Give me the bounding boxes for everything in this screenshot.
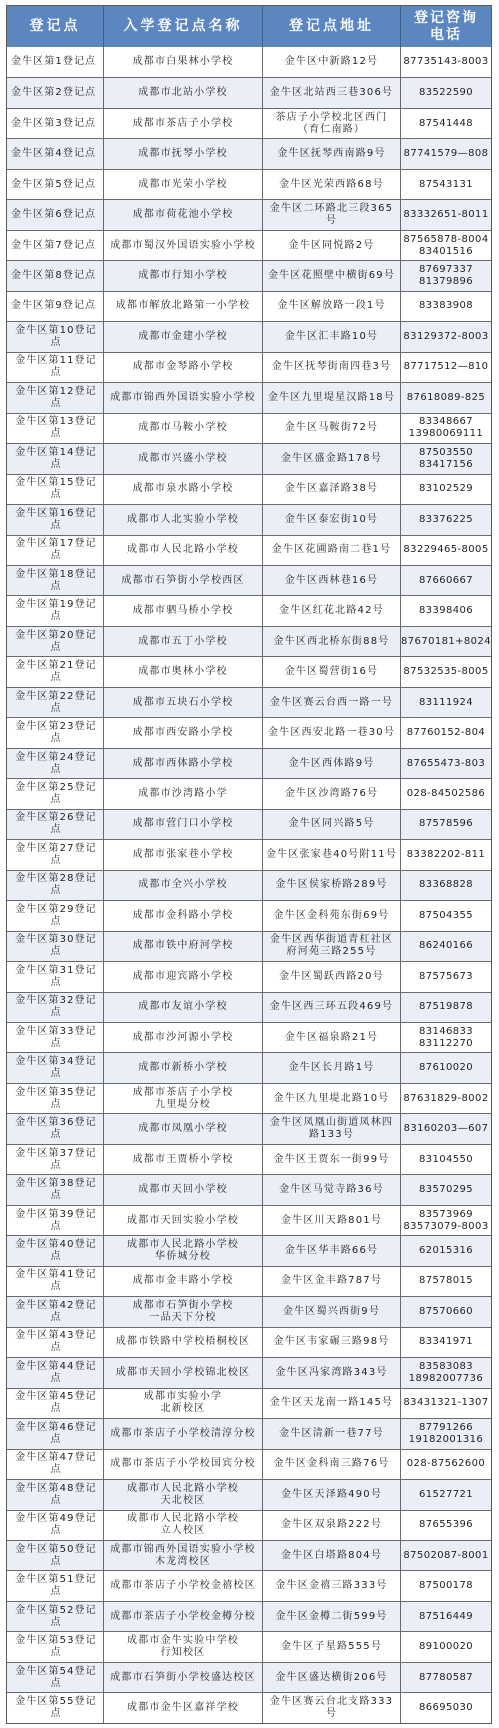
- registration-point-cell: 金牛区第23登记点: [7, 718, 103, 747]
- registration-point-cell: 金牛区第55登记点: [7, 1693, 103, 1722]
- address-cell: 金牛区西林巷16号: [262, 566, 400, 595]
- registration-point-cell: 金牛区第15登记点: [7, 475, 103, 504]
- registration-point-cell: 金牛区第13登记点: [7, 414, 103, 443]
- registration-point-cell: 金牛区第2登记点: [7, 78, 103, 107]
- registration-point-cell: 金牛区第12登记点: [7, 383, 103, 412]
- address-cell: 金牛区川天路801号: [262, 1206, 400, 1235]
- phone-cell: 87502087-8001: [400, 1541, 491, 1570]
- school-name-cell: 成都市蜀汉外国语实验小学校: [103, 231, 262, 260]
- table-row: 金牛区第36登记点 成都市凤凰小学校 金牛区凤凰山街道凤林四 路133号 831…: [7, 1113, 491, 1143]
- school-name-cell: 成都市全兴小学校: [103, 871, 262, 900]
- registration-point-cell: 金牛区第35登记点: [7, 1084, 103, 1113]
- registration-point-cell: 金牛区第8登记点: [7, 261, 103, 290]
- registration-point-cell: 金牛区第40登记点: [7, 1236, 103, 1265]
- registration-point-cell: 金牛区第18登记点: [7, 566, 103, 595]
- phone-cell: 83398406: [400, 596, 491, 625]
- table-row: 金牛区第37登记点 成都市王贾桥小学校 金牛区王贾东一街99号 83104550: [7, 1144, 491, 1174]
- registration-point-cell: 金牛区第28登记点: [7, 871, 103, 900]
- address-cell: 金牛区金科苑东街69号: [262, 901, 400, 930]
- table-row: 金牛区第35登记点 成都市茶店子小学校 九里堤分校 金牛区九里堤北路10号 87…: [7, 1083, 491, 1113]
- address-cell: 金牛区同悦路2号: [262, 231, 400, 260]
- school-name-cell: 成都市驷马桥小学校: [103, 596, 262, 625]
- school-name-cell: 成都市茶店子小学校金樽分校: [103, 1602, 262, 1631]
- school-name-cell: 成都市金琴路小学校: [103, 353, 262, 382]
- registration-point-cell: 金牛区第29登记点: [7, 901, 103, 930]
- registration-point-cell: 金牛区第36登记点: [7, 1114, 103, 1143]
- address-cell: 金牛区红花北路42号: [262, 596, 400, 625]
- registration-point-cell: 金牛区第33登记点: [7, 1023, 103, 1052]
- address-cell: 金牛区花圃路南二巷1号: [262, 536, 400, 565]
- address-cell: 金牛区马觉寺路36号: [262, 1175, 400, 1204]
- school-name-cell: 成都市沙河源小学校: [103, 1023, 262, 1052]
- table-row: 金牛区第25登记点 成都市沙湾路小学 金牛区沙湾路76号 028-8450258…: [7, 778, 491, 808]
- table-row: 金牛区第49登记点 成都市人民北路小学校 立人校区 金牛区双泉路222号 876…: [7, 1510, 491, 1540]
- school-name-cell: 成都市人民北路小学校 华侨城分校: [103, 1236, 262, 1265]
- school-name-cell: 成都市天回实验小学校: [103, 1206, 262, 1235]
- table-row: 金牛区第3登记点 成都市茶店子小学校 茶店子小学校北区西门 （育仁南路） 875…: [7, 108, 491, 138]
- school-name-cell: 成都市铁路中学校梧桐校区: [103, 1328, 262, 1357]
- school-name-cell: 成都市茶店子小学校金禧校区: [103, 1571, 262, 1600]
- phone-cell: 83570295: [400, 1175, 491, 1204]
- registration-point-cell: 金牛区第20登记点: [7, 627, 103, 656]
- table-row: 金牛区第43登记点 成都市铁路中学校梧桐校区 金牛区韦家碾三路98号 83341…: [7, 1327, 491, 1357]
- address-cell: 金牛区华丰路66号: [262, 1236, 400, 1265]
- address-cell: 金牛区西北桥东街88号: [262, 627, 400, 656]
- school-name-cell: 成都市茶店子小学校 九里堤分校: [103, 1084, 262, 1113]
- address-cell: 金牛区中新路12号: [262, 47, 400, 77]
- address-cell: 金牛区侯家桥路289号: [262, 871, 400, 900]
- address-cell: 金牛区九里堤北路10号: [262, 1084, 400, 1113]
- address-cell: 金牛区赛云台北支路333号: [262, 1693, 400, 1722]
- registration-point-cell: 金牛区第24登记点: [7, 749, 103, 778]
- registration-point-cell: 金牛区第17登记点: [7, 536, 103, 565]
- phone-cell: 83348667 13980069111: [400, 414, 491, 443]
- school-name-cell: 成都市西体路小学校: [103, 749, 262, 778]
- phone-cell: 87697337 81379896: [400, 261, 491, 290]
- school-name-cell: 成都市实验小学 北新校区: [103, 1389, 262, 1418]
- registration-point-cell: 金牛区第38登记点: [7, 1175, 103, 1204]
- school-name-cell: 成都市马鞍小学校: [103, 414, 262, 443]
- registration-point-cell: 金牛区第37登记点: [7, 1145, 103, 1174]
- table-row: 金牛区第12登记点 成都市锦西外国语实验小学校 金牛区九里堤星汉路18号 876…: [7, 382, 491, 412]
- registration-point-cell: 金牛区第19登记点: [7, 596, 103, 625]
- school-name-cell: 成都市白果林小学校: [103, 47, 262, 77]
- table-row: 金牛区第50登记点 成都市锦西外国语实验小学校 木龙湾校区 金牛区白塔路804号…: [7, 1540, 491, 1570]
- address-cell: 金牛区福泉路21号: [262, 1023, 400, 1052]
- registration-point-cell: 金牛区第46登记点: [7, 1419, 103, 1448]
- table-row: 金牛区第30登记点 成都市铁中府河学校 金牛区西华街道青杠社区 府河苑三路255…: [7, 931, 491, 961]
- address-cell: 金牛区金科南三路76号: [262, 1450, 400, 1479]
- address-cell: 金牛区王贾东一街99号: [262, 1145, 400, 1174]
- registration-point-cell: 金牛区第47登记点: [7, 1450, 103, 1479]
- phone-cell: 87575673: [400, 962, 491, 991]
- school-name-cell: 成都市人民北路小学校 立人校区: [103, 1511, 262, 1540]
- registration-point-cell: 金牛区第6登记点: [7, 200, 103, 229]
- address-cell: 金牛区蜀营街16号: [262, 657, 400, 686]
- school-name-cell: 成都市兴盛小学校: [103, 444, 262, 473]
- school-name-cell: 成都市解放北路第一小学校: [103, 292, 262, 321]
- registration-point-cell: 金牛区第44登记点: [7, 1358, 103, 1387]
- registration-point-cell: 金牛区第26登记点: [7, 810, 103, 839]
- phone-cell: 83382202-811: [400, 840, 491, 869]
- phone-cell: 87791266 19182001316: [400, 1419, 491, 1448]
- phone-cell: 87735143-8003: [400, 47, 491, 77]
- registration-point-cell: 金牛区第4登记点: [7, 139, 103, 168]
- table-row: 金牛区第14登记点 成都市兴盛小学校 金牛区盛金路178号 87503550 8…: [7, 443, 491, 473]
- registration-point-cell: 金牛区第43登记点: [7, 1328, 103, 1357]
- table-row: 金牛区第17登记点 成都市人民北路小学校 金牛区花圃路南二巷1号 8322946…: [7, 535, 491, 565]
- address-cell: 金牛区抚琴街南四巷3号: [262, 353, 400, 382]
- table-row: 金牛区第54登记点 成都市石笋街小学校盛达校区 金牛区盛达横街206号 8778…: [7, 1662, 491, 1692]
- registration-point-cell: 金牛区第34登记点: [7, 1053, 103, 1082]
- registration-point-cell: 金牛区第14登记点: [7, 444, 103, 473]
- school-name-cell: 成都市光荣小学校: [103, 170, 262, 199]
- address-cell: 金牛区花照壁中横街69号: [262, 261, 400, 290]
- table-row: 金牛区第21登记点 成都市奥林小学校 金牛区蜀营街16号 87532535-80…: [7, 656, 491, 686]
- table-row: 金牛区第4登记点 成都市抚琴小学校 金牛区抚琴西南路9号 87741579—80…: [7, 138, 491, 168]
- school-name-cell: 成都市沙湾路小学: [103, 779, 262, 808]
- address-cell: 金牛区光荣西路68号: [262, 170, 400, 199]
- school-name-cell: 成都市营门口小学校: [103, 810, 262, 839]
- registration-point-cell: 金牛区第9登记点: [7, 292, 103, 321]
- school-name-cell: 成都市锦西外国语实验小学校 木龙湾校区: [103, 1541, 262, 1570]
- table-row: 金牛区第7登记点 成都市蜀汉外国语实验小学校 金牛区同悦路2号 87565878…: [7, 230, 491, 260]
- phone-cell: 83102529: [400, 475, 491, 504]
- table-header-row: 登记点 入学登记点名称 登记点地址 登记咨询 电话: [7, 6, 491, 47]
- school-name-cell: 成都市王贾桥小学校: [103, 1145, 262, 1174]
- table-row: 金牛区第41登记点 成都市金丰路小学校 金牛区金丰路787号 87578015: [7, 1266, 491, 1296]
- phone-cell: 87717512—810: [400, 353, 491, 382]
- address-cell: 金牛区抚琴西南路9号: [262, 139, 400, 168]
- registration-point-cell: 金牛区第3登记点: [7, 109, 103, 138]
- school-name-cell: 成都市金丰路小学校: [103, 1267, 262, 1296]
- phone-cell: 83368828: [400, 871, 491, 900]
- address-cell: 金牛区赛云台西一路一号: [262, 688, 400, 717]
- registration-point-cell: 金牛区第52登记点: [7, 1602, 103, 1631]
- school-name-cell: 成都市友谊小学校: [103, 993, 262, 1022]
- phone-cell: 83104550: [400, 1145, 491, 1174]
- table-row: 金牛区第13登记点 成都市马鞍小学校 金牛区马鞍街72号 83348667 13…: [7, 413, 491, 443]
- registration-point-cell: 金牛区第22登记点: [7, 688, 103, 717]
- phone-cell: 87541448: [400, 109, 491, 138]
- phone-cell: 87543131: [400, 170, 491, 199]
- phone-cell: 87570660: [400, 1297, 491, 1326]
- phone-cell: 87741579—808: [400, 139, 491, 168]
- phone-cell: 87631829-8002: [400, 1084, 491, 1113]
- phone-cell: 83583083 18982007736: [400, 1358, 491, 1387]
- table-row: 金牛区第22登记点 成都市五块石小学校 金牛区赛云台西一路一号 83111924: [7, 687, 491, 717]
- school-name-cell: 成都市凤凰小学校: [103, 1114, 262, 1143]
- address-cell: 金牛区凤凰山街道凤林四 路133号: [262, 1114, 400, 1143]
- address-cell: 金牛区西体路9号: [262, 749, 400, 778]
- school-name-cell: 成都市张家巷小学校: [103, 840, 262, 869]
- table-row: 金牛区第53登记点 成都市金牛实验中学校 行知校区 金牛区子星路555号 891…: [7, 1631, 491, 1661]
- table-row: 金牛区第16登记点 成都市人北实验小学校 金牛区泰宏街10号 83376225: [7, 504, 491, 534]
- table-row: 金牛区第2登记点 成都市北站小学校 金牛区北站西三巷306号 83522590: [7, 77, 491, 107]
- phone-cell: 86695030: [400, 1693, 491, 1722]
- phone-cell: 83573969 83573079-8003: [400, 1206, 491, 1235]
- phone-cell: 87660667: [400, 566, 491, 595]
- registration-point-cell: 金牛区第30登记点: [7, 932, 103, 961]
- phone-cell: 87610020: [400, 1053, 491, 1082]
- header-registration-point: 登记点: [7, 6, 103, 47]
- school-name-cell: 成都市五块石小学校: [103, 688, 262, 717]
- phone-cell: 028-84502586: [400, 779, 491, 808]
- address-cell: 金牛区长月路1号: [262, 1053, 400, 1082]
- address-cell: 金牛区西华街道青杠社区 府河苑三路255号: [262, 932, 400, 961]
- phone-cell: 83229465-8005: [400, 536, 491, 565]
- school-name-cell: 成都市金牛区嘉祥学校: [103, 1693, 262, 1722]
- address-cell: 金牛区盛达横街206号: [262, 1663, 400, 1692]
- table-row: 金牛区第51登记点 成都市茶店子小学校金禧校区 金牛区金禧三路333号 8750…: [7, 1570, 491, 1600]
- address-cell: 金牛区沙湾路76号: [262, 779, 400, 808]
- phone-cell: 87578596: [400, 810, 491, 839]
- phone-cell: 87500178: [400, 1571, 491, 1600]
- address-cell: 金牛区冯家湾路343号: [262, 1358, 400, 1387]
- phone-cell: 89100020: [400, 1632, 491, 1661]
- table-row: 金牛区第33登记点 成都市沙河源小学校 金牛区福泉路21号 83146833 8…: [7, 1022, 491, 1052]
- school-name-cell: 成都市迎宾路小学校: [103, 962, 262, 991]
- address-cell: 茶店子小学校北区西门 （育仁南路）: [262, 109, 400, 138]
- registration-point-cell: 金牛区第16登记点: [7, 505, 103, 534]
- phone-cell: 86240166: [400, 932, 491, 961]
- school-name-cell: 成都市新桥小学校: [103, 1053, 262, 1082]
- phone-cell: 83376225: [400, 505, 491, 534]
- school-name-cell: 成都市天回小学校锦北校区: [103, 1358, 262, 1387]
- table-row: 金牛区第1登记点 成都市白果林小学校 金牛区中新路12号 87735143-80…: [7, 47, 491, 77]
- table-body: 金牛区第1登记点 成都市白果林小学校 金牛区中新路12号 87735143-80…: [7, 47, 491, 1723]
- table-row: 金牛区第48登记点 成都市人民北路小学校 天北校区 金牛区天泽路490号 615…: [7, 1479, 491, 1509]
- table-row: 金牛区第34登记点 成都市新桥小学校 金牛区长月路1号 87610020: [7, 1052, 491, 1082]
- address-cell: 金牛区泰宏街10号: [262, 505, 400, 534]
- address-cell: 金牛区天龙南一路145号: [262, 1389, 400, 1418]
- phone-cell: 83160203—607: [400, 1114, 491, 1143]
- phone-cell: 87670181+8024: [400, 627, 491, 656]
- registration-point-cell: 金牛区第31登记点: [7, 962, 103, 991]
- school-name-cell: 成都市茶店子小学校: [103, 109, 262, 138]
- table-row: 金牛区第5登记点 成都市光荣小学校 金牛区光荣西路68号 87543131: [7, 169, 491, 199]
- phone-cell: 028-87562600: [400, 1450, 491, 1479]
- school-name-cell: 成都市锦西外国语实验小学校: [103, 383, 262, 412]
- table-row: 金牛区第29登记点 成都市金科路小学校 金牛区金科苑东街69号 87504355: [7, 900, 491, 930]
- address-cell: 金牛区双泉路222号: [262, 1511, 400, 1540]
- table-row: 金牛区第19登记点 成都市驷马桥小学校 金牛区红花北路42号 83398406: [7, 595, 491, 625]
- address-cell: 金牛区马鞍街72号: [262, 414, 400, 443]
- address-cell: 金牛区盛金路178号: [262, 444, 400, 473]
- registration-point-cell: 金牛区第39登记点: [7, 1206, 103, 1235]
- address-cell: 金牛区蜀跃西路20号: [262, 962, 400, 991]
- phone-cell: 62015316: [400, 1236, 491, 1265]
- school-name-cell: 成都市铁中府河学校: [103, 932, 262, 961]
- phone-cell: 87565878-8004 83401516: [400, 231, 491, 260]
- registration-point-cell: 金牛区第50登记点: [7, 1541, 103, 1570]
- phone-cell: 87532535-8005: [400, 657, 491, 686]
- address-cell: 金牛区嘉泽路38号: [262, 475, 400, 504]
- table-row: 金牛区第23登记点 成都市西安路小学校 金牛区西安北路一巷30号 8776015…: [7, 717, 491, 747]
- table-row: 金牛区第46登记点 成都市茶店子小学校清淳分校 金牛区清新一巷77号 87791…: [7, 1418, 491, 1448]
- table-row: 金牛区第42登记点 成都市石笋街小学校 一品天下分校 金牛区蜀兴西街9号 875…: [7, 1296, 491, 1326]
- phone-cell: 87618089-825: [400, 383, 491, 412]
- table-row: 金牛区第18登记点 成都市石笋街小学校西区 金牛区西林巷16号 87660667: [7, 565, 491, 595]
- school-name-cell: 成都市人民北路小学校 天北校区: [103, 1480, 262, 1509]
- address-cell: 金牛区蜀兴西街9号: [262, 1297, 400, 1326]
- table-row: 金牛区第44登记点 成都市天回小学校锦北校区 金牛区冯家湾路343号 83583…: [7, 1357, 491, 1387]
- registration-point-cell: 金牛区第41登记点: [7, 1267, 103, 1296]
- address-cell: 金牛区子星路555号: [262, 1632, 400, 1661]
- address-cell: 金牛区天泽路490号: [262, 1480, 400, 1509]
- school-name-cell: 成都市石笋街小学校盛达校区: [103, 1663, 262, 1692]
- table-row: 金牛区第26登记点 成都市营门口小学校 金牛区同兴路5号 87578596: [7, 809, 491, 839]
- school-name-cell: 成都市人北实验小学校: [103, 505, 262, 534]
- phone-cell: 83383908: [400, 292, 491, 321]
- registration-point-cell: 金牛区第54登记点: [7, 1663, 103, 1692]
- school-name-cell: 成都市石笋街小学校 一品天下分校: [103, 1297, 262, 1326]
- phone-cell: 87516449: [400, 1602, 491, 1631]
- registration-point-cell: 金牛区第48登记点: [7, 1480, 103, 1509]
- address-cell: 金牛区二环路北三段365号: [262, 200, 400, 229]
- registration-points-table: 登记点 入学登记点名称 登记点地址 登记咨询 电话 金牛区第1登记点 成都市白果…: [6, 5, 492, 1724]
- table-row: 金牛区第10登记点 成都市金建小学校 金牛区汇丰路10号 83129372-80…: [7, 321, 491, 351]
- address-cell: 金牛区金禧三路333号: [262, 1571, 400, 1600]
- school-name-cell: 成都市茶店子小学校国宾分校: [103, 1450, 262, 1479]
- address-cell: 金牛区西三环五段469号: [262, 993, 400, 1022]
- school-name-cell: 成都市人民北路小学校: [103, 536, 262, 565]
- phone-cell: 83431321-1307: [400, 1389, 491, 1418]
- phone-cell: 83111924: [400, 688, 491, 717]
- school-name-cell: 成都市西安路小学校: [103, 718, 262, 747]
- registration-point-cell: 金牛区第1登记点: [7, 47, 103, 77]
- registration-point-cell: 金牛区第21登记点: [7, 657, 103, 686]
- header-phone: 登记咨询 电话: [400, 6, 491, 47]
- registration-point-cell: 金牛区第51登记点: [7, 1571, 103, 1600]
- registration-point-cell: 金牛区第53登记点: [7, 1632, 103, 1661]
- school-name-cell: 成都市泉水路小学校: [103, 475, 262, 504]
- phone-cell: 87655396: [400, 1511, 491, 1540]
- table-row: 金牛区第55登记点 成都市金牛区嘉祥学校 金牛区赛云台北支路333号 86695…: [7, 1692, 491, 1722]
- school-name-cell: 成都市五丁小学校: [103, 627, 262, 656]
- registration-point-cell: 金牛区第49登记点: [7, 1511, 103, 1540]
- school-name-cell: 成都市金牛实验中学校 行知校区: [103, 1632, 262, 1661]
- address-cell: 金牛区九里堤星汉路18号: [262, 383, 400, 412]
- address-cell: 金牛区韦家碾三路98号: [262, 1328, 400, 1357]
- address-cell: 金牛区同兴路5号: [262, 810, 400, 839]
- phone-cell: 61527721: [400, 1480, 491, 1509]
- table-row: 金牛区第15登记点 成都市泉水路小学校 金牛区嘉泽路38号 83102529: [7, 474, 491, 504]
- phone-cell: 83332651-8011: [400, 200, 491, 229]
- registration-point-cell: 金牛区第5登记点: [7, 170, 103, 199]
- school-name-cell: 成都市荷花池小学校: [103, 200, 262, 229]
- registration-point-cell: 金牛区第25登记点: [7, 779, 103, 808]
- registration-point-cell: 金牛区第11登记点: [7, 353, 103, 382]
- table-row: 金牛区第28登记点 成都市全兴小学校 金牛区侯家桥路289号 83368828: [7, 870, 491, 900]
- table-row: 金牛区第20登记点 成都市五丁小学校 金牛区西北桥东街88号 87670181+…: [7, 626, 491, 656]
- phone-cell: 83341971: [400, 1328, 491, 1357]
- school-name-cell: 成都市抚琴小学校: [103, 139, 262, 168]
- header-school-name: 入学登记点名称: [103, 6, 262, 47]
- address-cell: 金牛区金丰路787号: [262, 1267, 400, 1296]
- address-cell: 金牛区北站西三巷306号: [262, 78, 400, 107]
- table-row: 金牛区第39登记点 成都市天回实验小学校 金牛区川天路801号 83573969…: [7, 1205, 491, 1235]
- registration-point-cell: 金牛区第27登记点: [7, 840, 103, 869]
- table-row: 金牛区第11登记点 成都市金琴路小学校 金牛区抚琴街南四巷3号 87717512…: [7, 352, 491, 382]
- table-row: 金牛区第8登记点 成都市行知小学校 金牛区花照壁中横街69号 87697337 …: [7, 260, 491, 290]
- registration-point-cell: 金牛区第10登记点: [7, 322, 103, 351]
- phone-cell: 83146833 83112270: [400, 1023, 491, 1052]
- header-address: 登记点地址: [262, 6, 400, 47]
- table-row: 金牛区第27登记点 成都市张家巷小学校 金牛区张家巷40号附11号 833822…: [7, 839, 491, 869]
- phone-cell: 83522590: [400, 78, 491, 107]
- address-cell: 金牛区汇丰路10号: [262, 322, 400, 351]
- registration-point-cell: 金牛区第45登记点: [7, 1389, 103, 1418]
- school-name-cell: 成都市奥林小学校: [103, 657, 262, 686]
- school-name-cell: 成都市北站小学校: [103, 78, 262, 107]
- table-row: 金牛区第31登记点 成都市迎宾路小学校 金牛区蜀跃西路20号 87575673: [7, 961, 491, 991]
- table-row: 金牛区第38登记点 成都市天回小学校 金牛区马觉寺路36号 83570295: [7, 1174, 491, 1204]
- phone-cell: 87504355: [400, 901, 491, 930]
- phone-cell: 87503550 83417156: [400, 444, 491, 473]
- phone-cell: 87578015: [400, 1267, 491, 1296]
- address-cell: 金牛区清新一巷77号: [262, 1419, 400, 1448]
- table-row: 金牛区第40登记点 成都市人民北路小学校 华侨城分校 金牛区华丰路66号 620…: [7, 1235, 491, 1265]
- address-cell: 金牛区解放路一段1号: [262, 292, 400, 321]
- address-cell: 金牛区白塔路804号: [262, 1541, 400, 1570]
- table-row: 金牛区第9登记点 成都市解放北路第一小学校 金牛区解放路一段1号 8338390…: [7, 291, 491, 321]
- phone-cell: 87519878: [400, 993, 491, 1022]
- phone-cell: 87780587: [400, 1663, 491, 1692]
- table-row: 金牛区第45登记点 成都市实验小学 北新校区 金牛区天龙南一路145号 8343…: [7, 1388, 491, 1418]
- registration-point-cell: 金牛区第32登记点: [7, 993, 103, 1022]
- school-name-cell: 成都市金科路小学校: [103, 901, 262, 930]
- table-row: 金牛区第47登记点 成都市茶店子小学校国宾分校 金牛区金科南三路76号 028-…: [7, 1449, 491, 1479]
- phone-cell: 87655473-803: [400, 749, 491, 778]
- table-row: 金牛区第6登记点 成都市荷花池小学校 金牛区二环路北三段365号 8333265…: [7, 199, 491, 229]
- school-name-cell: 成都市金建小学校: [103, 322, 262, 351]
- table-row: 金牛区第52登记点 成都市茶店子小学校金樽分校 金牛区金樽二街599号 8751…: [7, 1601, 491, 1631]
- address-cell: 金牛区西安北路一巷30号: [262, 718, 400, 747]
- phone-cell: 87760152-804: [400, 718, 491, 747]
- school-name-cell: 成都市天回小学校: [103, 1175, 262, 1204]
- phone-cell: 83129372-8003: [400, 322, 491, 351]
- registration-point-cell: 金牛区第42登记点: [7, 1297, 103, 1326]
- school-name-cell: 成都市茶店子小学校清淳分校: [103, 1419, 262, 1448]
- school-name-cell: 成都市行知小学校: [103, 261, 262, 290]
- address-cell: 金牛区张家巷40号附11号: [262, 840, 400, 869]
- registration-point-cell: 金牛区第7登记点: [7, 231, 103, 260]
- address-cell: 金牛区金樽二街599号: [262, 1602, 400, 1631]
- school-name-cell: 成都市石笋街小学校西区: [103, 566, 262, 595]
- table-row: 金牛区第32登记点 成都市友谊小学校 金牛区西三环五段469号 87519878: [7, 992, 491, 1022]
- table-row: 金牛区第24登记点 成都市西体路小学校 金牛区西体路9号 87655473-80…: [7, 748, 491, 778]
